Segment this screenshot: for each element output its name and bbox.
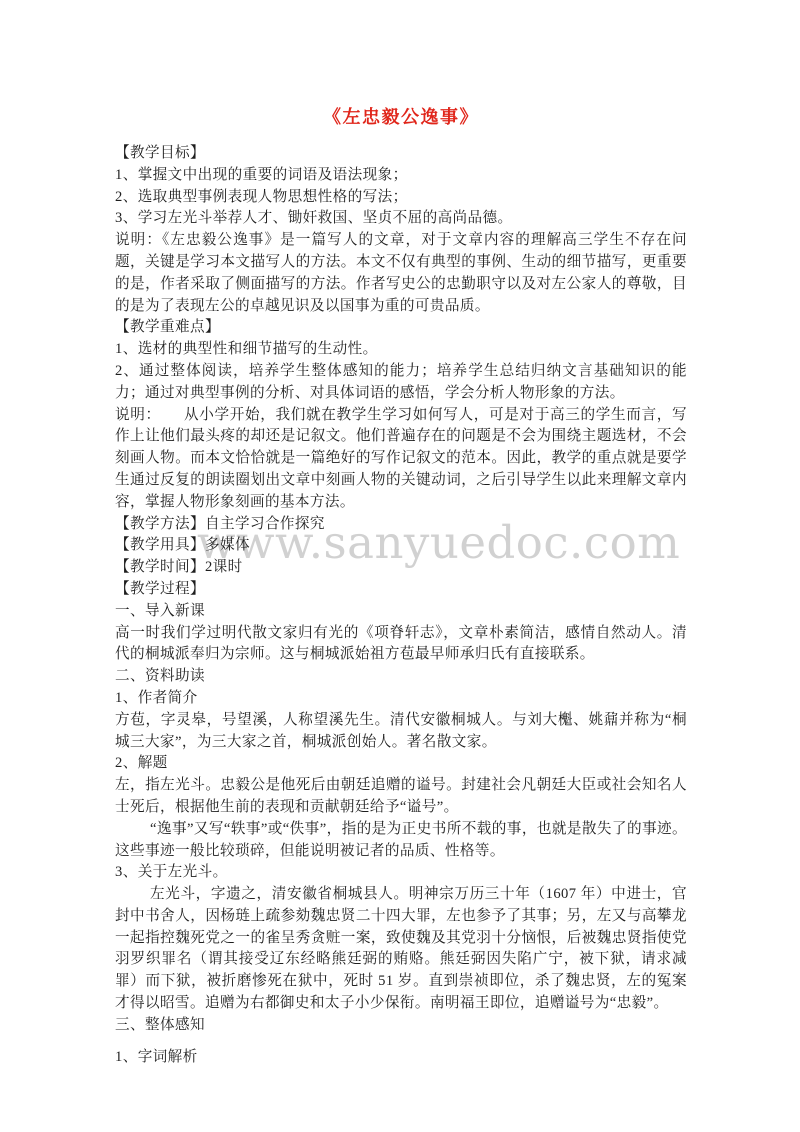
page-title: 《左忠毅公逸事》 — [115, 104, 687, 130]
doc-subsection-about-zuoguangdou: 3、关于左光斗。 — [115, 862, 687, 884]
doc-section-lead-in: 一、导入新课 — [115, 601, 687, 623]
doc-paragraph: 1、掌握文中出现的重要的词语及语法现象； — [115, 165, 687, 187]
doc-paragraph: 左光斗，字遗之，清安徽省桐城县人。明神宗万历三十年（1607 年）中进士，官封中… — [115, 884, 687, 1015]
doc-paragraph: 说明： 从小学开始，我们就在教学生学习如何写人，可是对于高三的学生而言，写作上让… — [115, 405, 687, 514]
doc-paragraph: 2、选取典型事例表现人物思想性格的写法； — [115, 187, 687, 209]
doc-paragraph: 左，指左光斗。忠毅公是他死后由朝廷追赠的谥号。封建社会凡朝廷大臣或社会知名人士死… — [115, 775, 687, 819]
doc-paragraph: 2、通过整体阅读，培养学生整体感知的能力；培养学生总结归纳文言基础知识的能力；通… — [115, 361, 687, 405]
doc-paragraph: 高一时我们学过明代散文家归有光的《项脊轩志》，文章朴素简洁，感情自然动人。清代的… — [115, 623, 687, 667]
doc-paragraph: 说明：《左忠毅公逸事》是一篇写人的文章，对于文章内容的理解高三学生不存在问题，关… — [115, 230, 687, 317]
doc-paragraph: 1、选材的典型性和细节描写的生动性。 — [115, 339, 687, 361]
doc-subsection-title-explanation: 2、解题 — [115, 753, 687, 775]
doc-subsection-word-analysis: 1、字词解析 — [115, 1047, 687, 1069]
doc-section-reference-reading: 二、资料助读 — [115, 666, 687, 688]
doc-heading-teaching-method: 【教学方法】自主学习合作探究 — [115, 514, 687, 536]
doc-section-overall-perception: 三、整体感知 — [115, 1015, 687, 1037]
doc-paragraph: “逸事”又写“轶事”或“佚事”，指的是为正史书所不载的事，也就是散失了的事迹。这… — [115, 819, 687, 863]
document-page: 《左忠毅公逸事》 【教学目标】 1、掌握文中出现的重要的词语及语法现象； 2、选… — [115, 104, 687, 1068]
doc-heading-teaching-goals: 【教学目标】 — [115, 143, 687, 165]
doc-heading-teaching-process: 【教学过程】 — [115, 579, 687, 601]
doc-heading-teaching-time: 【教学时间】2课时 — [115, 557, 687, 579]
doc-heading-teaching-tools: 【教学用具】多媒体 — [115, 535, 687, 557]
doc-paragraph: 3、学习左光斗举荐人才、锄奸救国、坚贞不屈的高尚品德。 — [115, 208, 687, 230]
doc-paragraph: 方苞，字灵皋，号望溪，人称望溪先生。清代安徽桐城人。与刘大櫆、姚鼐并称为“桐城三… — [115, 710, 687, 754]
doc-subsection-author-intro: 1、作者简介 — [115, 688, 687, 710]
doc-heading-key-points: 【教学重难点】 — [115, 317, 687, 339]
